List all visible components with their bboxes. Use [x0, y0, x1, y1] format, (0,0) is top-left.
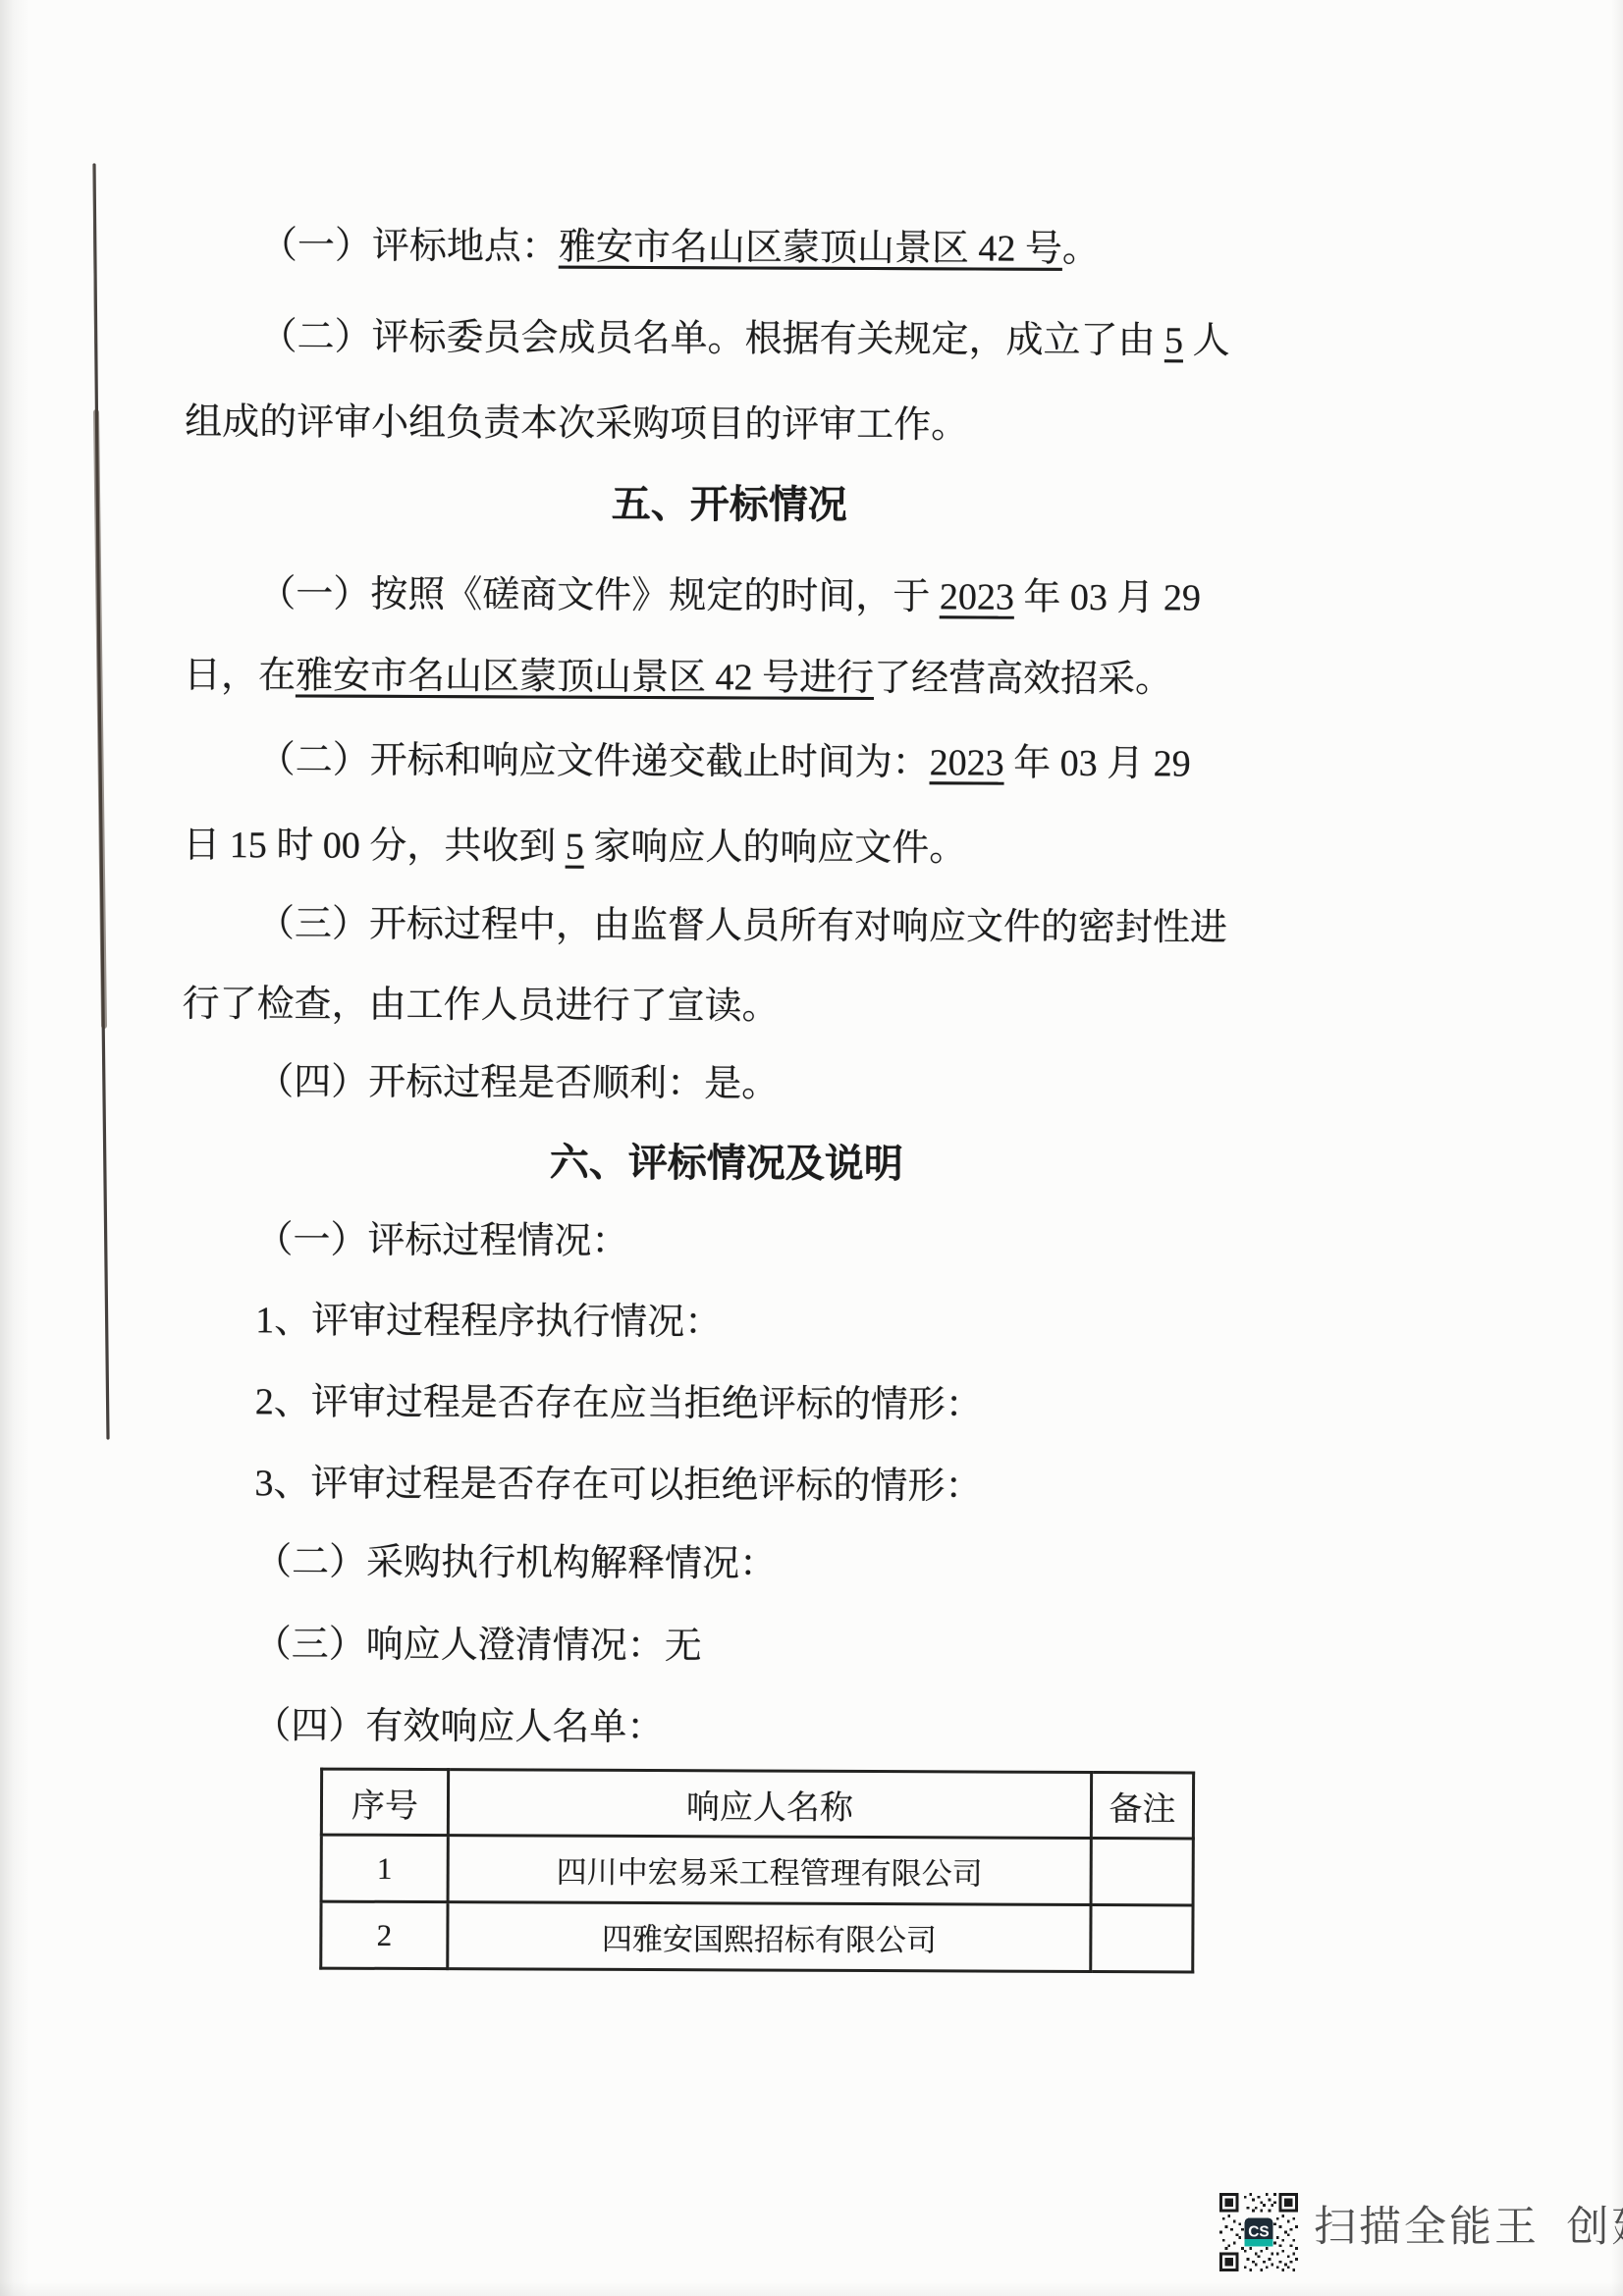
table-header-cell: 序号	[321, 1769, 448, 1836]
text-segment: （三）开标过程中，由监督人员所有对响应文件的密封性进	[257, 903, 1227, 948]
table-row: 2 四雅安国熙招标有限公司	[321, 1901, 1193, 1972]
text-line: （四）开标过程是否顺利：是。	[182, 1059, 1346, 1109]
text-segment: 3、评审过程是否存在可以拒绝评标的情形：	[254, 1463, 982, 1507]
text-segment: 年 03 月 29	[1004, 743, 1191, 785]
text-segment: （四）开标过程是否顺利：是。	[256, 1061, 779, 1104]
qr-code-icon: CS	[1219, 2193, 1298, 2271]
table-cell: 四雅安国熙招标有限公司	[448, 1902, 1091, 1972]
text-segment: 组成的评审小组负责本次采购项目的评审工作。	[185, 401, 968, 446]
table-header-cell: 响应人名称	[448, 1770, 1091, 1839]
text-line: 日 15 时 00 分，共收到 5 家响应人的响应文件。	[183, 823, 1272, 873]
text-line: （二）评标委员会成员名单。根据有关规定，成立了由 5 人	[185, 314, 1349, 364]
text-line: （四）有效响应人名单：	[179, 1703, 1343, 1753]
text-segment: 家响应人的响应文件。	[584, 827, 967, 870]
text-segment: 行了检查，由工作人员进行了宣读。	[182, 984, 779, 1028]
text-line: （三）开标过程中，由监督人员所有对响应文件的密封性进	[183, 901, 1347, 951]
table-row: 1 四川中宏易采工程管理有限公司	[321, 1835, 1193, 1905]
text-line: 2、评审过程是否存在应当拒绝评标的情形：	[181, 1379, 1345, 1429]
text-segment: （二）评标委员会成员名单。根据有关规定，成立了由	[259, 316, 1164, 361]
watermark-label: 扫描全能王 创建	[1314, 2203, 1623, 2254]
text-segment: （一）按照《磋商文件》规定的时间，于	[258, 573, 940, 617]
text-segment: （二）开标和响应文件递交截止时间为：	[258, 739, 930, 783]
text-segment: （四）有效响应人名单：	[253, 1705, 664, 1748]
table-cell: 2	[321, 1901, 448, 1969]
text-line: 日，在雅安市名山区蒙顶山景区 42 号进行了经营高效招采。	[184, 653, 1273, 703]
table-header-cell: 备注	[1091, 1772, 1193, 1838]
underlined-text: 雅安市名山区蒙顶山景区 42 号	[559, 227, 1062, 270]
text-line: 组成的评审小组负责本次采购项目的评审工作。	[185, 400, 1274, 450]
text-line: （三）响应人澄清情况：无	[180, 1622, 1344, 1672]
document-lines: （一）评标地点：雅安市名山区蒙顶山景区 42 号。（二）评标委员会成员名单。根据…	[0, 0, 1623, 6]
section-heading: 五、开标情况	[185, 480, 1274, 530]
scanned-document-page: （一）评标地点：雅安市名山区蒙顶山景区 42 号。（二）评标委员会成员名单。根据…	[0, 0, 1623, 2296]
text-segment: 2、评审过程是否存在应当拒绝评标的情形：	[255, 1381, 983, 1425]
text-segment: （三）响应人澄清情况：无	[254, 1624, 702, 1667]
underlined-text: 2023	[930, 742, 1004, 783]
table-cell: 1	[321, 1835, 448, 1902]
text-line: 3、评审过程是否存在可以拒绝评标的情形：	[180, 1461, 1344, 1511]
text-line: （一）评标地点：雅安市名山区蒙顶山景区 42 号。	[186, 223, 1350, 273]
text-segment: （二）采购执行机构解释情况：	[254, 1541, 777, 1584]
table-header-row: 序号 响应人名称 备注	[321, 1769, 1193, 1839]
qr-logo-text: CS	[1248, 2223, 1269, 2240]
text-line: 行了检查，由工作人员进行了宣读。	[182, 982, 1271, 1032]
text-line: 1、评审过程程序执行情况：	[181, 1298, 1345, 1348]
underlined-text: 5	[566, 827, 584, 868]
document-content: （一）评标地点：雅安市名山区蒙顶山景区 42 号。（二）评标委员会成员名单。根据…	[0, 0, 1623, 2296]
text-segment: 了经营高效招采。	[874, 658, 1172, 700]
text-segment: （一）评标地点：	[260, 225, 559, 267]
text-segment: （一）评标过程情况：	[255, 1219, 628, 1262]
underlined-text: 5	[1164, 320, 1183, 361]
text-segment: 日 15 时 00 分，共收到	[183, 825, 566, 868]
text-line: （二）采购执行机构解释情况：	[180, 1539, 1344, 1589]
text-segment: 年 03 月 29	[1014, 577, 1201, 619]
responders-table: 序号 响应人名称 备注 1 四川中宏易采工程管理有限公司 2 四雅安国熙招标有限…	[319, 1768, 1195, 1974]
text-segment: 日，在	[184, 655, 296, 696]
text-line: （二）开标和响应文件递交截止时间为：2023 年 03 月 29	[184, 737, 1348, 787]
text-segment: 。	[1062, 229, 1100, 270]
text-segment: 1、评审过程程序执行情况：	[255, 1300, 722, 1343]
table-cell	[1091, 1838, 1193, 1904]
text-segment: 人	[1183, 320, 1230, 361]
underlined-text: 2023	[940, 576, 1014, 617]
table-cell	[1091, 1904, 1193, 1971]
text-line: （一）按照《磋商文件》规定的时间，于 2023 年 03 月 29	[184, 571, 1348, 621]
section-heading: 六、评标情况及说明	[182, 1139, 1271, 1189]
text-line: （一）评标过程情况：	[181, 1217, 1345, 1267]
camscanner-logo-badge: CS	[1245, 2218, 1273, 2247]
underlined-text: 雅安市名山区蒙顶山景区 42 号进行	[296, 655, 874, 699]
text-segment: 五、开标情况	[612, 483, 847, 527]
text-segment: 六、评标情况及说明	[550, 1142, 903, 1187]
table-cell: 四川中宏易采工程管理有限公司	[448, 1836, 1091, 1905]
